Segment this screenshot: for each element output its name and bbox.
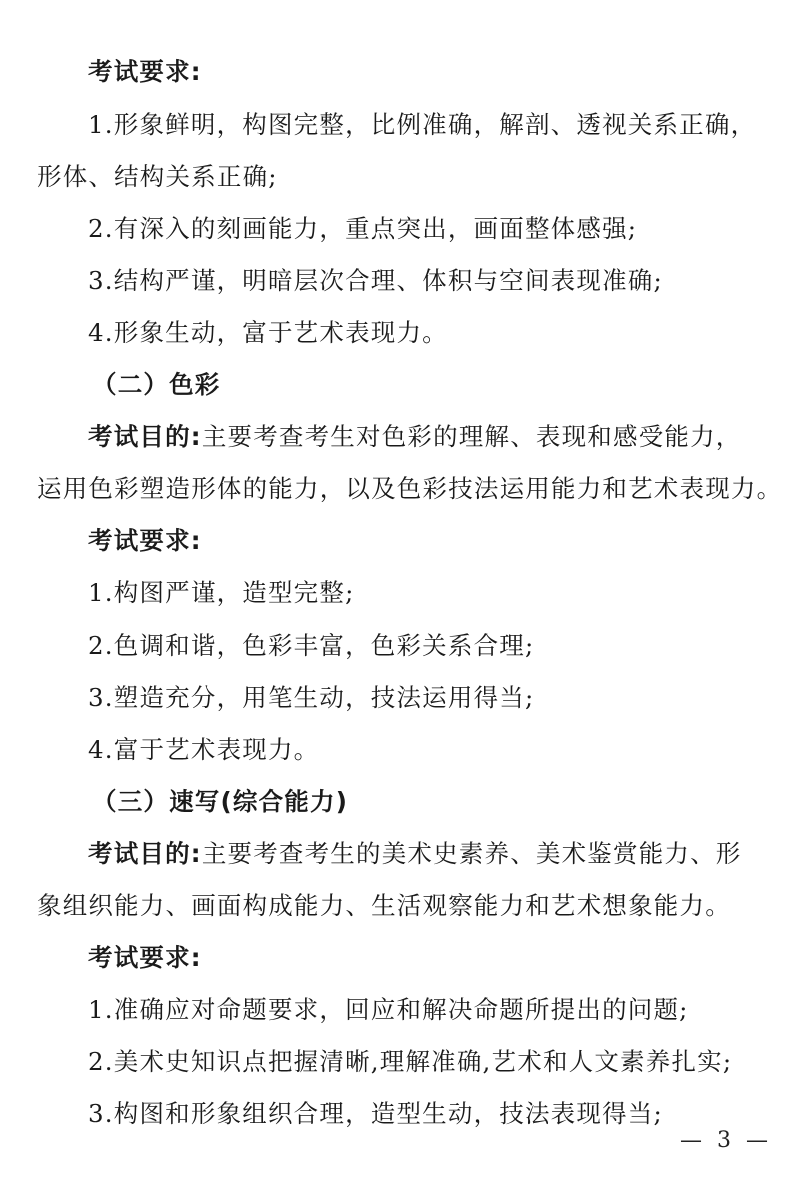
- requirement-3-3: 3.构图和形象组织合理，造型生动，技法表现得当;: [88, 1098, 800, 1130]
- requirement-1-1: 1.形象鲜明，构图完整，比例准确，解剖、透视关系正确，: [88, 109, 800, 141]
- purpose-sketch-cont: 象组织能力、画面构成能力、生活观察能力和艺术想象能力。: [37, 890, 767, 922]
- purpose-text: 主要考查考生对色彩的理解、表现和感受能力，: [202, 422, 742, 451]
- requirements-label-3: 考试要求:: [88, 942, 800, 974]
- purpose-sketch: 考试目的:主要考查考生的美术史素养、美术鉴赏能力、形: [88, 838, 800, 870]
- requirement-2-3: 3.塑造充分，用笔生动，技法运用得当;: [88, 682, 800, 714]
- requirement-3-2: 2.美术史知识点把握清晰,理解准确,艺术和人文素养扎实;: [88, 1046, 800, 1078]
- requirement-1-4: 4.形象生动，富于艺术表现力。: [88, 317, 800, 349]
- requirement-2-4: 4.富于艺术表现力。: [88, 734, 800, 766]
- requirement-3-1: 1.准确应对命题要求，回应和解决命题所提出的问题;: [88, 994, 800, 1026]
- purpose-color: 考试目的:主要考查考生对色彩的理解、表现和感受能力，: [88, 421, 800, 453]
- page-number: — 3 —: [680, 1128, 772, 1153]
- requirement-1-1-cont: 形体、结构关系正确;: [37, 161, 767, 193]
- purpose-color-cont: 运用色彩塑造形体的能力，以及色彩技法运用能力和艺术表现力。: [37, 473, 767, 505]
- purpose-label: 考试目的:: [88, 422, 202, 451]
- requirement-2-1: 1.构图严谨，造型完整;: [88, 577, 800, 609]
- requirement-1-2: 2.有深入的刻画能力，重点突出，画面整体感强;: [88, 213, 800, 245]
- requirement-1-3: 3.结构严谨，明暗层次合理、体积与空间表现准确;: [88, 265, 800, 297]
- purpose-label: 考试目的:: [88, 839, 202, 868]
- section-heading-color: （二）色彩: [92, 369, 800, 401]
- requirements-label-2: 考试要求:: [88, 525, 800, 557]
- section-heading-sketch: （三）速写(综合能力): [92, 786, 800, 818]
- document-page: 考试要求: 1.形象鲜明，构图完整，比例准确，解剖、透视关系正确， 形体、结构关…: [0, 0, 800, 1187]
- requirements-label-1: 考试要求:: [88, 56, 800, 88]
- purpose-text: 主要考查考生的美术史素养、美术鉴赏能力、形: [202, 839, 742, 868]
- requirement-2-2: 2.色调和谐，色彩丰富，色彩关系合理;: [88, 630, 800, 662]
